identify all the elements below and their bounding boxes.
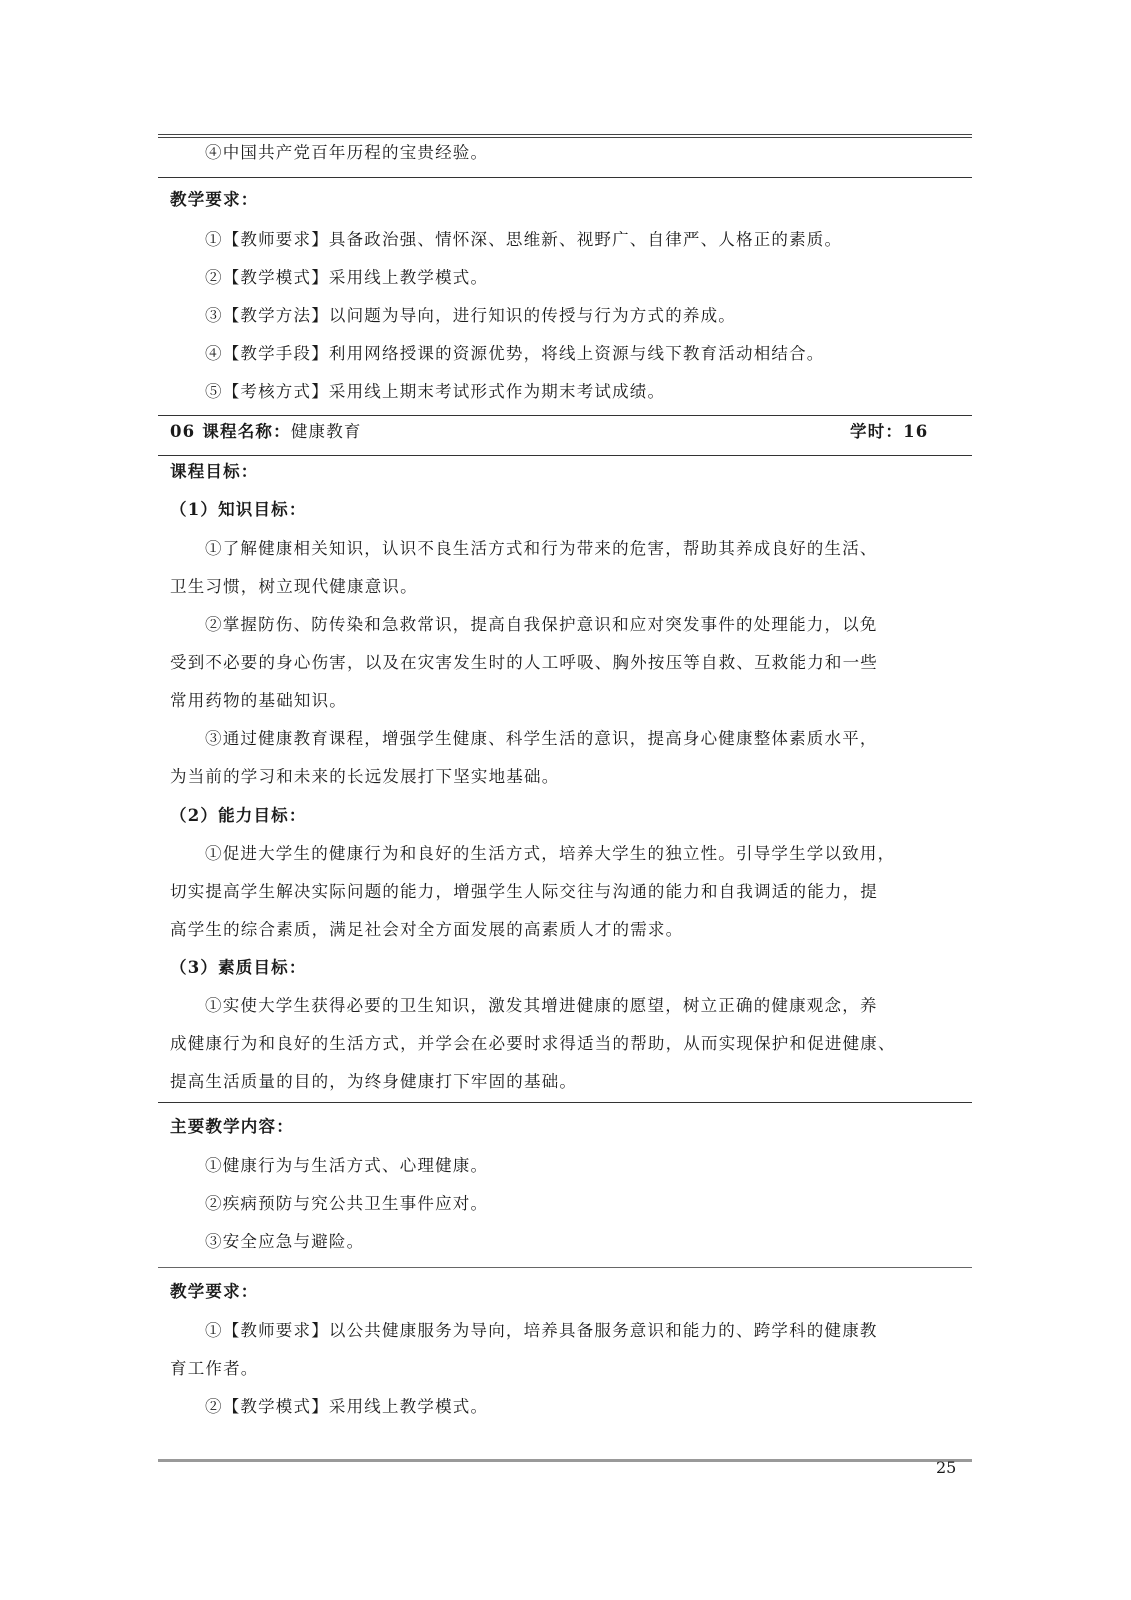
page-number: 25 <box>936 1458 956 1477</box>
paragraph-line: ①了解健康相关知识，认识不良生活方式和行为带来的危害，帮助其养成良好的生活、 <box>205 539 878 559</box>
content-item: ④中国共产党百年历程的宝贵经验。 <box>205 143 488 163</box>
paragraph-line: 卫生习惯，树立现代健康意识。 <box>170 577 418 597</box>
quality-heading: （3）素质目标： <box>170 958 307 978</box>
paragraph-line: 切实提高学生解决实际问题的能力，增强学生人际交往与沟通的能力和自我调适的能力，提 <box>170 882 878 902</box>
top-double-rule <box>158 134 972 135</box>
paragraph-line: 提高生活质量的目的，为终身健康打下牢固的基础。 <box>170 1072 577 1092</box>
section-divider <box>158 415 972 416</box>
paragraph-line: 成健康行为和良好的生活方式，并学会在必要时求得适当的帮助，从而实现保护和促进健康… <box>170 1034 896 1054</box>
content-heading: 主要教学内容： <box>170 1117 294 1137</box>
course-number-label: 06 课程名称： <box>170 422 291 441</box>
paragraph-line: ②掌握防伤、防传染和急救常识，提高自我保护意识和应对突发事件的处理能力，以免 <box>205 615 878 635</box>
paragraph-line: ③通过健康教育课程，增强学生健康、科学生活的意识，提高身心健康整体素质水平， <box>205 729 878 749</box>
section-heading: 教学要求： <box>170 190 259 210</box>
footer-rule <box>158 1459 972 1462</box>
knowledge-heading: （1）知识目标： <box>170 500 307 520</box>
paragraph-line: ①实使大学生获得必要的卫生知识，激发其增进健康的愿望，树立正确的健康观念，养 <box>205 996 878 1016</box>
section-divider <box>158 177 972 178</box>
paragraph-line: ①【教师要求】以公共健康服务为导向，培养具备服务意识和能力的、跨学科的健康教 <box>205 1321 878 1341</box>
paragraph-line: 受到不必要的身心伤害，以及在灾害发生时的人工呼吸、胸外按压等自救、互救能力和一些 <box>170 653 878 673</box>
objectives-heading: 课程目标： <box>170 462 259 482</box>
paragraph-line: 为当前的学习和未来的长远发展打下坚实地基础。 <box>170 767 559 787</box>
section-divider <box>158 455 972 456</box>
paragraph-line: 高学生的综合素质，满足社会对全方面发展的高素质人才的需求。 <box>170 920 683 940</box>
requirements-heading: 教学要求： <box>170 1282 259 1302</box>
course-name: 健康教育 <box>291 422 362 441</box>
requirement-item: ②【教学模式】采用线上教学模式。 <box>205 268 488 288</box>
paragraph-line: 常用药物的基础知识。 <box>170 691 347 711</box>
content-item: ③安全应急与避险。 <box>205 1232 364 1252</box>
section-divider <box>158 1102 972 1103</box>
paragraph-line: ①促进大学生的健康行为和良好的生活方式，培养大学生的独立性。引导学生学以致用， <box>205 844 895 864</box>
course-hours: 学时：16 <box>850 422 928 442</box>
content-item: ①健康行为与生活方式、心理健康。 <box>205 1156 488 1176</box>
ability-heading: （2）能力目标： <box>170 806 307 826</box>
course-title: 06 课程名称：健康教育 <box>170 422 362 442</box>
paragraph-line: ②【教学模式】采用线上教学模式。 <box>205 1397 488 1417</box>
requirement-item: ①【教师要求】具备政治强、情怀深、思维新、视野广、自律严、人格正的素质。 <box>205 230 842 250</box>
paragraph-line: 育工作者。 <box>170 1359 259 1379</box>
section-divider <box>158 1267 972 1268</box>
requirement-item: ③【教学方法】以问题为导向，进行知识的传授与行为方式的养成。 <box>205 306 736 326</box>
content-item: ②疾病预防与究公共卫生事件应对。 <box>205 1194 488 1214</box>
requirement-item: ⑤【考核方式】采用线上期末考试形式作为期末考试成绩。 <box>205 382 665 402</box>
requirement-item: ④【教学手段】利用网络授课的资源优势，将线上资源与线下教育活动相结合。 <box>205 344 825 364</box>
